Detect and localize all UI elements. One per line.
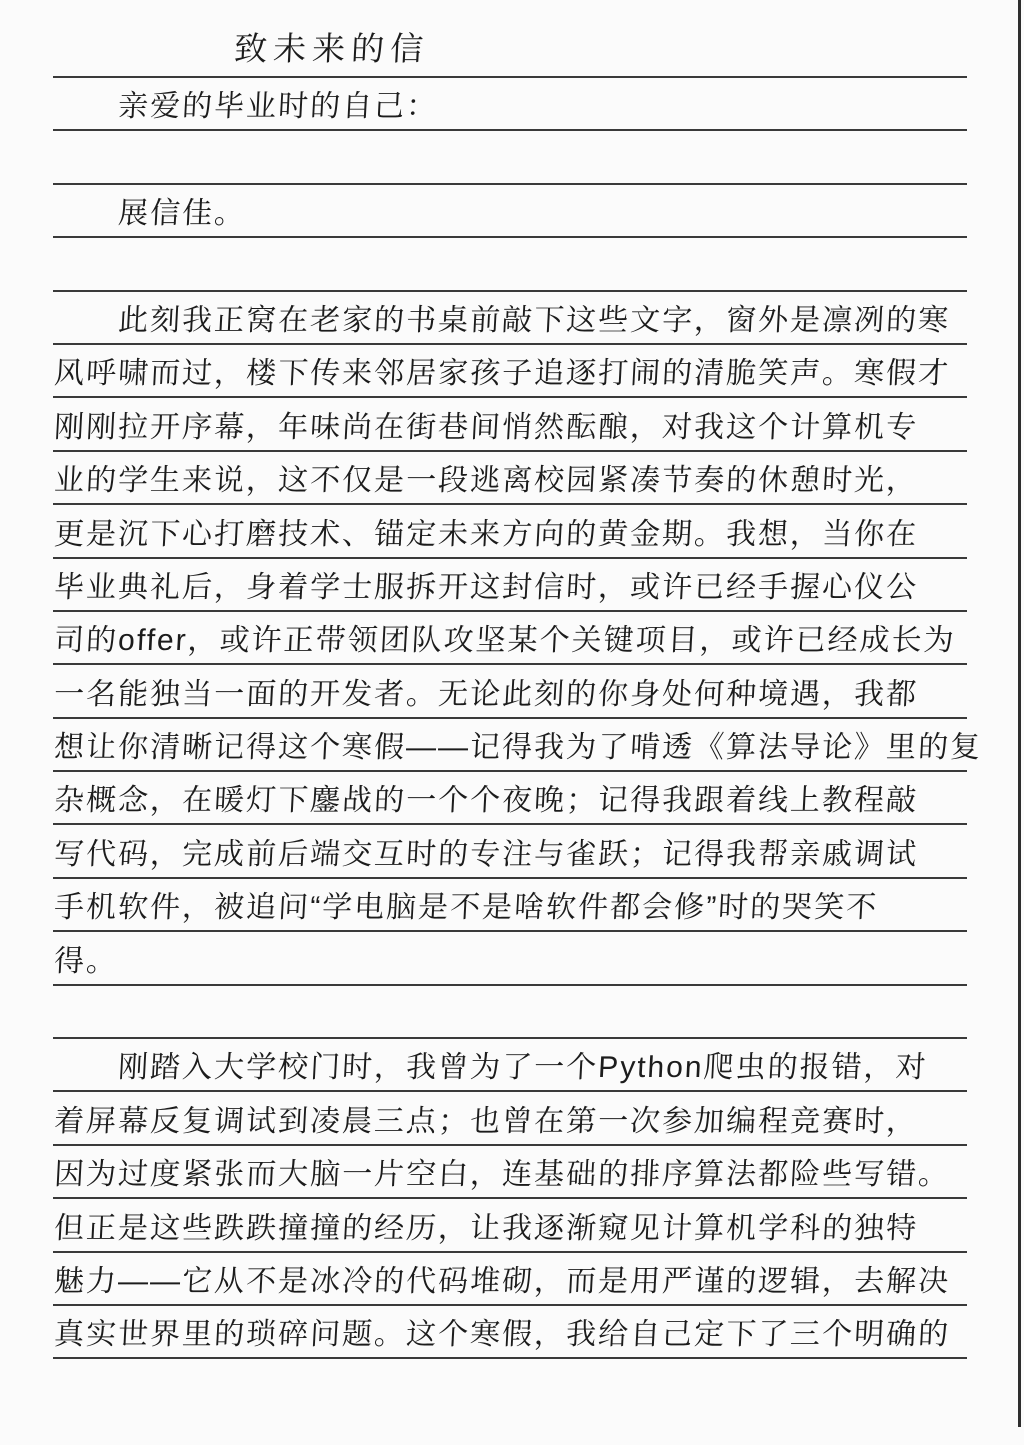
letter-line-text: 风呼啸而过，楼下传来邻居家孩子追逐打闹的清脆笑声。寒假才 [53,359,951,396]
letter-line: 着屏幕反复调试到凌晨三点；也曾在第一次参加编程竞赛时， [53,1092,967,1145]
letter-line-text: 但正是这些跌跌撞撞的经历，让我逐渐窥见计算机学科的独特 [53,1214,919,1251]
letter-line: 杂概念，在暖灯下鏖战的一个个夜晚；记得我跟着线上教程敲 [53,772,967,825]
letter-line-text: 杂概念，在暖灯下鏖战的一个个夜晚；记得我跟着线上教程敲 [53,786,919,823]
letter-line: 一名能独当一面的开发者。无论此刻的你身处何种境遇，我都 [53,665,967,718]
letter-line: 展信佳。 [53,185,967,238]
letter-line-text: 展信佳。 [53,199,247,236]
letter-line-text: 业的学生来说，这不仅是一段逃离校园紧凑节奏的休憩时光， [53,466,919,503]
letter-line-text: 此刻我正窝在老家的书桌前敲下这些文字，窗外是凛冽的寒 [53,306,951,343]
letter-line-text: 写代码，完成前后端交互时的专注与雀跃；记得我帮亲戚调试 [53,840,919,877]
letter-line: 但正是这些跌跌撞撞的经历，让我逐渐窥见计算机学科的独特 [53,1199,967,1252]
letter-title: 致未来的信 [233,32,430,72]
letter-line-text: 更是沉下心打磨技术、锚定未来方向的黄金期。我想，当你在 [53,520,919,557]
letter-line-text: 真实世界里的琐碎问题。这个寒假，我给自己定下了三个明确的 [53,1320,951,1357]
letter-line-text: 因为过度紧张而大脑一片空白，连基础的排序算法都险些写错。 [53,1160,951,1197]
letter-line: 此刻我正窝在老家的书桌前敲下这些文字，窗外是凛冽的寒 [53,292,967,345]
letter-line: 魅力——它从不是冰冷的代码堆砌，而是用严谨的逻辑，去解决 [53,1253,967,1306]
letter-line: 真实世界里的琐碎问题。这个寒假，我给自己定下了三个明确的 [53,1306,967,1359]
letter-line: 风呼啸而过，楼下传来邻居家孩子追逐打闹的清脆笑声。寒假才 [53,345,967,398]
letter-line-text: 着屏幕反复调试到凌晨三点；也曾在第一次参加编程竞赛时， [53,1107,919,1144]
letter-line: 手机软件，被追问“学电脑是不是啥软件都会修”时的哭笑不 [53,879,967,932]
letter-line-text: 亲爱的毕业时的自己： [53,92,439,129]
letter-line: 得。 [53,932,967,985]
letter-line [53,986,967,1039]
letter-line-text: 刚刚拉开序幕，年味尚在街巷间悄然酝酿，对我这个计算机专 [53,413,919,450]
letter-line-text: 刚踏入大学校门时，我曾为了一个Python爬虫的报错，对 [53,1053,928,1090]
scanned-letter-page: 致未来的信 亲爱的毕业时的自己： 展信佳。 此刻我正窝在老家的书桌前敲下这些文字… [0,0,1024,1445]
letter-line: 刚刚拉开序幕，年味尚在街巷间悄然酝酿，对我这个计算机专 [53,398,967,451]
letter-line-text: 手机软件，被追问“学电脑是不是啥软件都会修”时的哭笑不 [53,893,879,930]
letter-line-text: 得。 [53,947,119,984]
letter-line-text: 一名能独当一面的开发者。无论此刻的你身处何种境遇，我都 [53,680,919,717]
letter-line: 司的offer，或许正带领团队攻坚某个关键项目，或许已经成长为 [53,612,967,665]
letter-line-text: 魅力——它从不是冰冷的代码堆砌，而是用严谨的逻辑，去解决 [53,1267,951,1304]
scan-edge-line [1018,0,1021,1427]
letter-line [53,131,967,184]
letter-line: 刚踏入大学校门时，我曾为了一个Python爬虫的报错，对 [53,1039,967,1092]
letter-sheet: 致未来的信 亲爱的毕业时的自己： 展信佳。 此刻我正窝在老家的书桌前敲下这些文字… [53,0,967,1359]
letter-line: 想让你清晰记得这个寒假——记得我为了啃透《算法导论》里的复 [53,719,967,772]
letter-line: 写代码，完成前后端交互时的专注与雀跃；记得我帮亲戚调试 [53,825,967,878]
letter-title-row: 致未来的信 [53,0,967,78]
letter-line: 亲爱的毕业时的自己： [53,78,967,131]
letter-line-text: 毕业典礼后，身着学士服拆开这封信时，或许已经手握心仪公 [53,573,919,610]
letter-line: 业的学生来说，这不仅是一段逃离校园紧凑节奏的休憩时光， [53,452,967,505]
letter-line: 毕业典礼后，身着学士服拆开这封信时，或许已经手握心仪公 [53,559,967,612]
letter-line: 因为过度紧张而大脑一片空白，连基础的排序算法都险些写错。 [53,1146,967,1199]
letter-line-text: 想让你清晰记得这个寒假——记得我为了啃透《算法导论》里的复 [53,733,983,770]
letter-line [53,238,967,291]
letter-line-text: 司的offer，或许正带领团队攻坚某个关键项目，或许已经成长为 [53,626,956,663]
letter-line: 更是沉下心打磨技术、锚定未来方向的黄金期。我想，当你在 [53,505,967,558]
